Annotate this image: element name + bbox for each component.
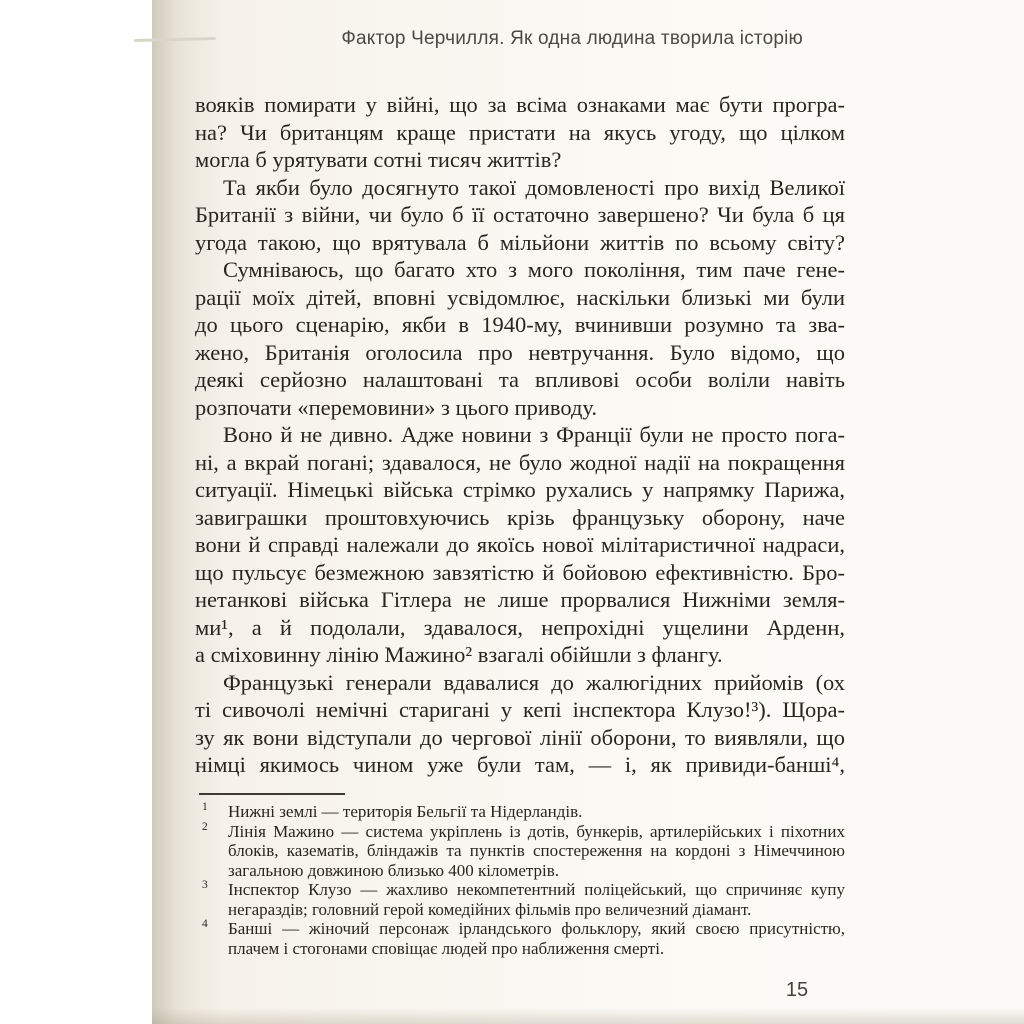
scanned-book-page: Фактор Черчилля. Як одна людина творила …	[0, 0, 1024, 1024]
body-text-line: Британії з війни, чи було б її остаточно…	[195, 201, 845, 229]
body-text-line: нетанкові війська Гітлера не лише прорва…	[195, 586, 845, 614]
body-text-line: вояків помирати у війні, що за всіма озн…	[195, 91, 845, 119]
body-text-line: ті сивочолі немічні старигані у кепі інс…	[195, 696, 845, 724]
page-bottom-shadow	[152, 1008, 1024, 1024]
page-number: 15	[774, 979, 820, 1002]
footnote-item: 1Нижні землі — територія Бельгії та Ніде…	[195, 802, 845, 822]
body-text-line: ні, а вкрай погані; здавалося, не було ж…	[195, 449, 845, 477]
footnote-marker: 2	[202, 821, 208, 833]
body-text-line: жено, Британія оголосила про невтручання…	[195, 339, 845, 367]
body-text-line: ситуації. Німецькі війська стрімко рухал…	[195, 476, 845, 504]
footnote-separator	[199, 793, 345, 795]
body-text-line: що пульсує безмежною завзятістю й бойово…	[195, 559, 845, 587]
body-text-line: деякі серйозно налаштовані та впливові о…	[195, 366, 845, 394]
body-text-line: угода такою, що врятувала б мільйони жит…	[195, 229, 845, 257]
scanner-background	[0, 0, 152, 1024]
footnotes: 1Нижні землі — територія Бельгії та Ніде…	[195, 802, 845, 958]
body-text-line: зу як вони відступали до чергової лінії …	[195, 724, 845, 752]
body-text-line: ми¹, а й подолали, здавалося, непрохідні…	[195, 614, 845, 642]
body-text-line: Французькі генерали вдавалися до жалюгід…	[195, 669, 845, 697]
footnote-marker: 3	[202, 879, 208, 891]
body-text: вояків помирати у війні, що за всіма озн…	[195, 91, 845, 779]
footnote-marker: 1	[202, 801, 208, 813]
footnote-text: Нижні землі — територія Бельгії та Нідер…	[228, 802, 845, 822]
body-text-line: Та якби було досягнуто такої домовленост…	[195, 174, 845, 202]
book-page: Фактор Черчилля. Як одна людина творила …	[152, 0, 1024, 1024]
body-text-line: Сумніваюсь, що багато хто з мого поколін…	[195, 256, 845, 284]
running-header: Фактор Черчилля. Як одна людина творила …	[195, 28, 803, 50]
footnote-text: Інспектор Клузо — жахливо некомпетентний…	[228, 880, 845, 919]
body-text-line: завиграшки проштовхуючись крізь французь…	[195, 504, 845, 532]
body-text-line: до цього сценарію, якби в 1940-му, вчини…	[195, 311, 845, 339]
footnote-item: 3Інспектор Клузо — жахливо некомпетентни…	[195, 880, 845, 919]
body-text-line: німці якимось чином уже були там, — і, я…	[195, 751, 845, 779]
body-text-line: могла б урятувати сотні тисяч життів?	[195, 146, 845, 174]
footnote-text: Лінія Мажино — система укріплень із доті…	[228, 822, 845, 881]
body-text-line: розпочати «перемовини» з цього приводу.	[195, 394, 845, 422]
body-text-line: Воно й не дивно. Адже новини з Франції б…	[195, 421, 845, 449]
body-text-line: вони й справді належали до якоїсь нової …	[195, 531, 845, 559]
footnote-marker: 4	[202, 918, 208, 930]
footnote-text: Банші — жіночий персонаж ірландського фо…	[228, 919, 845, 958]
body-text-line: рації моїх дітей, вповні усвідомлює, нас…	[195, 284, 845, 312]
body-text-line: на? Чи британцям краще пристати на якусь…	[195, 119, 845, 147]
footnote-item: 4Банші — жіночий персонаж ірландського ф…	[195, 919, 845, 958]
body-text-line: а сміховинну лінію Мажино² взагалі обійш…	[195, 641, 845, 669]
footnote-item: 2Лінія Мажино — система укріплень із дот…	[195, 822, 845, 881]
